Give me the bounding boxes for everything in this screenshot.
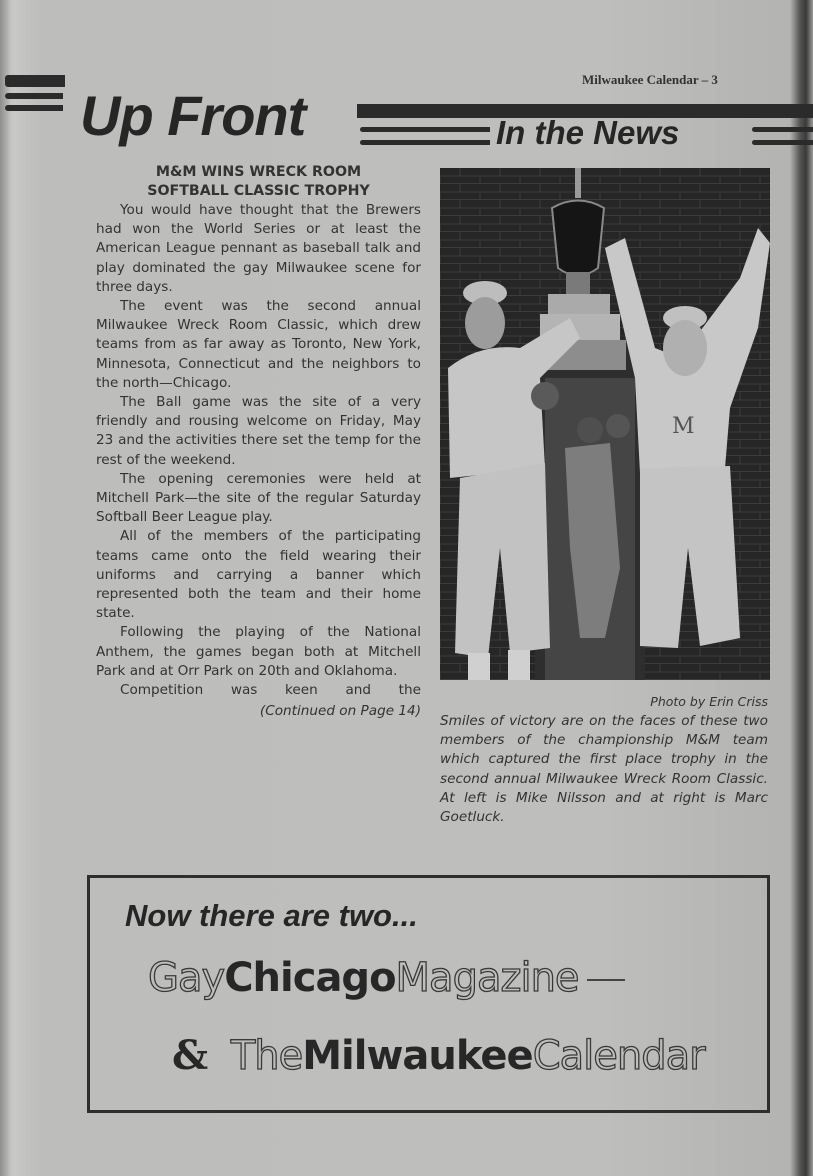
ad-word: Calendar	[533, 1033, 705, 1079]
masthead-rule	[360, 127, 490, 132]
headline-line: SOFTBALL CLASSIC TROPHY	[96, 182, 421, 201]
article-paragraph: The opening ceremonies were held at Mitc…	[96, 470, 421, 528]
section-title: In the News	[496, 116, 679, 149]
running-head: Milwaukee Calendar – 3	[582, 72, 718, 88]
article-paragraph: The event was the second annual Milwauke…	[96, 297, 421, 393]
ad-word: Milwaukee	[302, 1033, 532, 1079]
masthead-rule	[752, 140, 813, 145]
article-paragraph: Following the playing of the National An…	[96, 623, 421, 681]
ad-word: Magazine	[396, 955, 579, 1001]
article-headline: M&M WINS WRECK ROOM SOFTBALL CLASSIC TRO…	[96, 163, 421, 201]
ad-line-milwaukee-calendar: & TheMilwaukeeCalendar	[172, 1036, 705, 1076]
continued-link[interactable]: (Continued on Page 14)	[96, 702, 421, 721]
trophy-photo: M	[440, 168, 770, 680]
dash-decoration	[587, 979, 625, 981]
article-paragraph: All of the members of the participating …	[96, 527, 421, 623]
ad-word: Chicago	[224, 955, 395, 1001]
masthead-rule	[360, 140, 490, 145]
page-gutter-shadow	[0, 0, 12, 1176]
article-paragraph: Competition was keen and the	[96, 681, 421, 700]
ad-headline: Now there are two...	[125, 898, 418, 934]
masthead-title: Up Front	[80, 88, 305, 144]
article: M&M WINS WRECK ROOM SOFTBALL CLASSIC TRO…	[96, 163, 421, 721]
article-paragraph: The Ball game was the site of a very fri…	[96, 393, 421, 470]
ad-word: Gay	[148, 955, 224, 1001]
ad-word: The	[231, 1033, 302, 1079]
advertisement-box: Now there are two... GayChicagoMagazine …	[87, 875, 770, 1113]
article-paragraph: You would have thought that the Brewers …	[96, 201, 421, 297]
svg-text:M: M	[672, 414, 695, 439]
trophy-photo-image: M	[440, 168, 770, 680]
newspaper-page: Milwaukee Calendar – 3 Up Front In the N…	[0, 0, 813, 1176]
ampersand: &	[172, 1032, 207, 1079]
masthead-left-bars	[5, 75, 65, 117]
masthead-rule	[752, 127, 813, 132]
headline-line: M&M WINS WRECK ROOM	[96, 163, 421, 182]
photo-credit: Photo by Erin Criss	[440, 694, 768, 709]
ad-line-gay-chicago: GayChicagoMagazine	[148, 958, 625, 998]
photo-caption: Smiles of victory are on the faces of th…	[440, 712, 768, 827]
